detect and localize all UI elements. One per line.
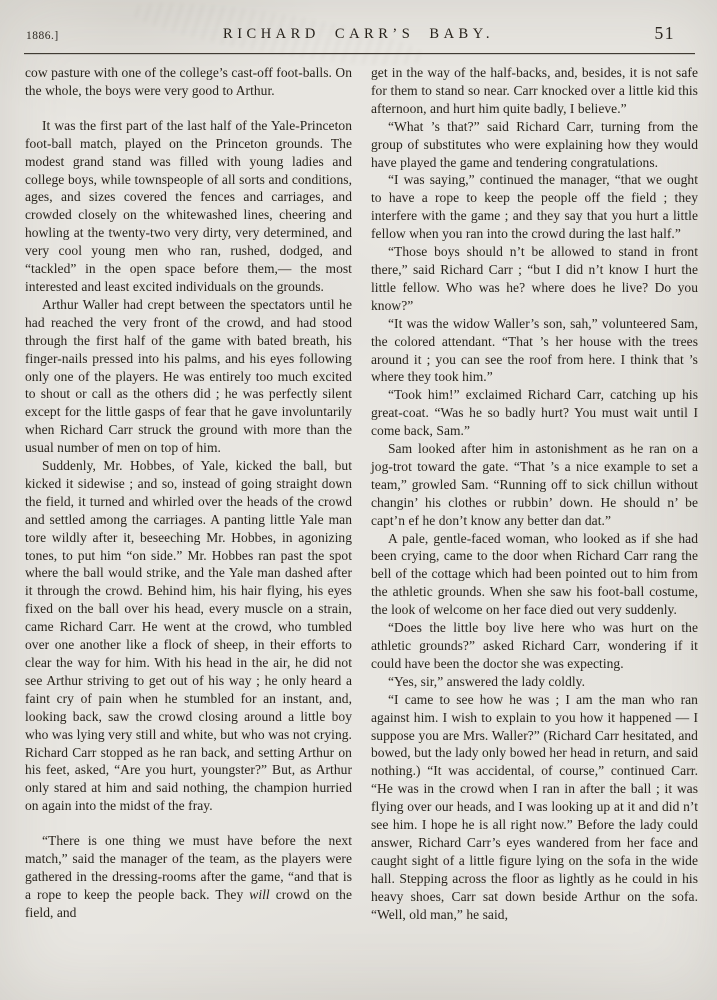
paragraph: “I was saying,” continued the manager, “…: [371, 171, 698, 243]
paragraph: “I came to see how he was ; I am the man…: [371, 691, 698, 924]
book-page-scan: 1886.] RICHARD CARR’S BABY. 51 cow pastu…: [0, 0, 717, 1000]
paragraph: Suddenly, Mr. Hobbes, of Yale, kicked th…: [25, 457, 352, 815]
paragraph: “Does the little boy live here who was h…: [371, 619, 698, 673]
page-header: 1886.] RICHARD CARR’S BABY. 51: [0, 0, 717, 54]
left-column: cow pasture with one of the college’s ca…: [25, 64, 352, 1000]
paragraph: It was the first part of the last half o…: [25, 117, 352, 296]
paragraph: A pale, gentle-faced woman, who looked a…: [371, 530, 698, 620]
paragraph: Arthur Waller had crept between the spec…: [25, 296, 352, 457]
page-number: 51: [655, 23, 676, 44]
paragraph: “Those boys should n’t be allowed to sta…: [371, 243, 698, 315]
paragraph: “It was the widow Waller’s son, sah,” vo…: [371, 315, 698, 387]
italic-word: will: [249, 887, 269, 902]
paragraph: get in the way of the half-backs, and, b…: [371, 64, 698, 118]
right-column: get in the way of the half-backs, and, b…: [371, 64, 698, 1000]
paragraph: “What ’s that?” said Richard Carr, turni…: [371, 118, 698, 172]
page-title: RICHARD CARR’S BABY.: [0, 26, 717, 43]
header-rule: [24, 53, 695, 54]
paragraph: “Yes, sir,” answered the lady coldly.: [371, 673, 698, 691]
paragraph: Sam looked after him in astonishment as …: [371, 440, 698, 530]
paragraph: “Took him!” exclaimed Richard Carr, catc…: [371, 386, 698, 440]
paragraph: “There is one thing we must have before …: [25, 832, 352, 922]
paragraph: cow pasture with one of the college’s ca…: [25, 64, 352, 100]
text-columns: cow pasture with one of the college’s ca…: [25, 64, 698, 1000]
